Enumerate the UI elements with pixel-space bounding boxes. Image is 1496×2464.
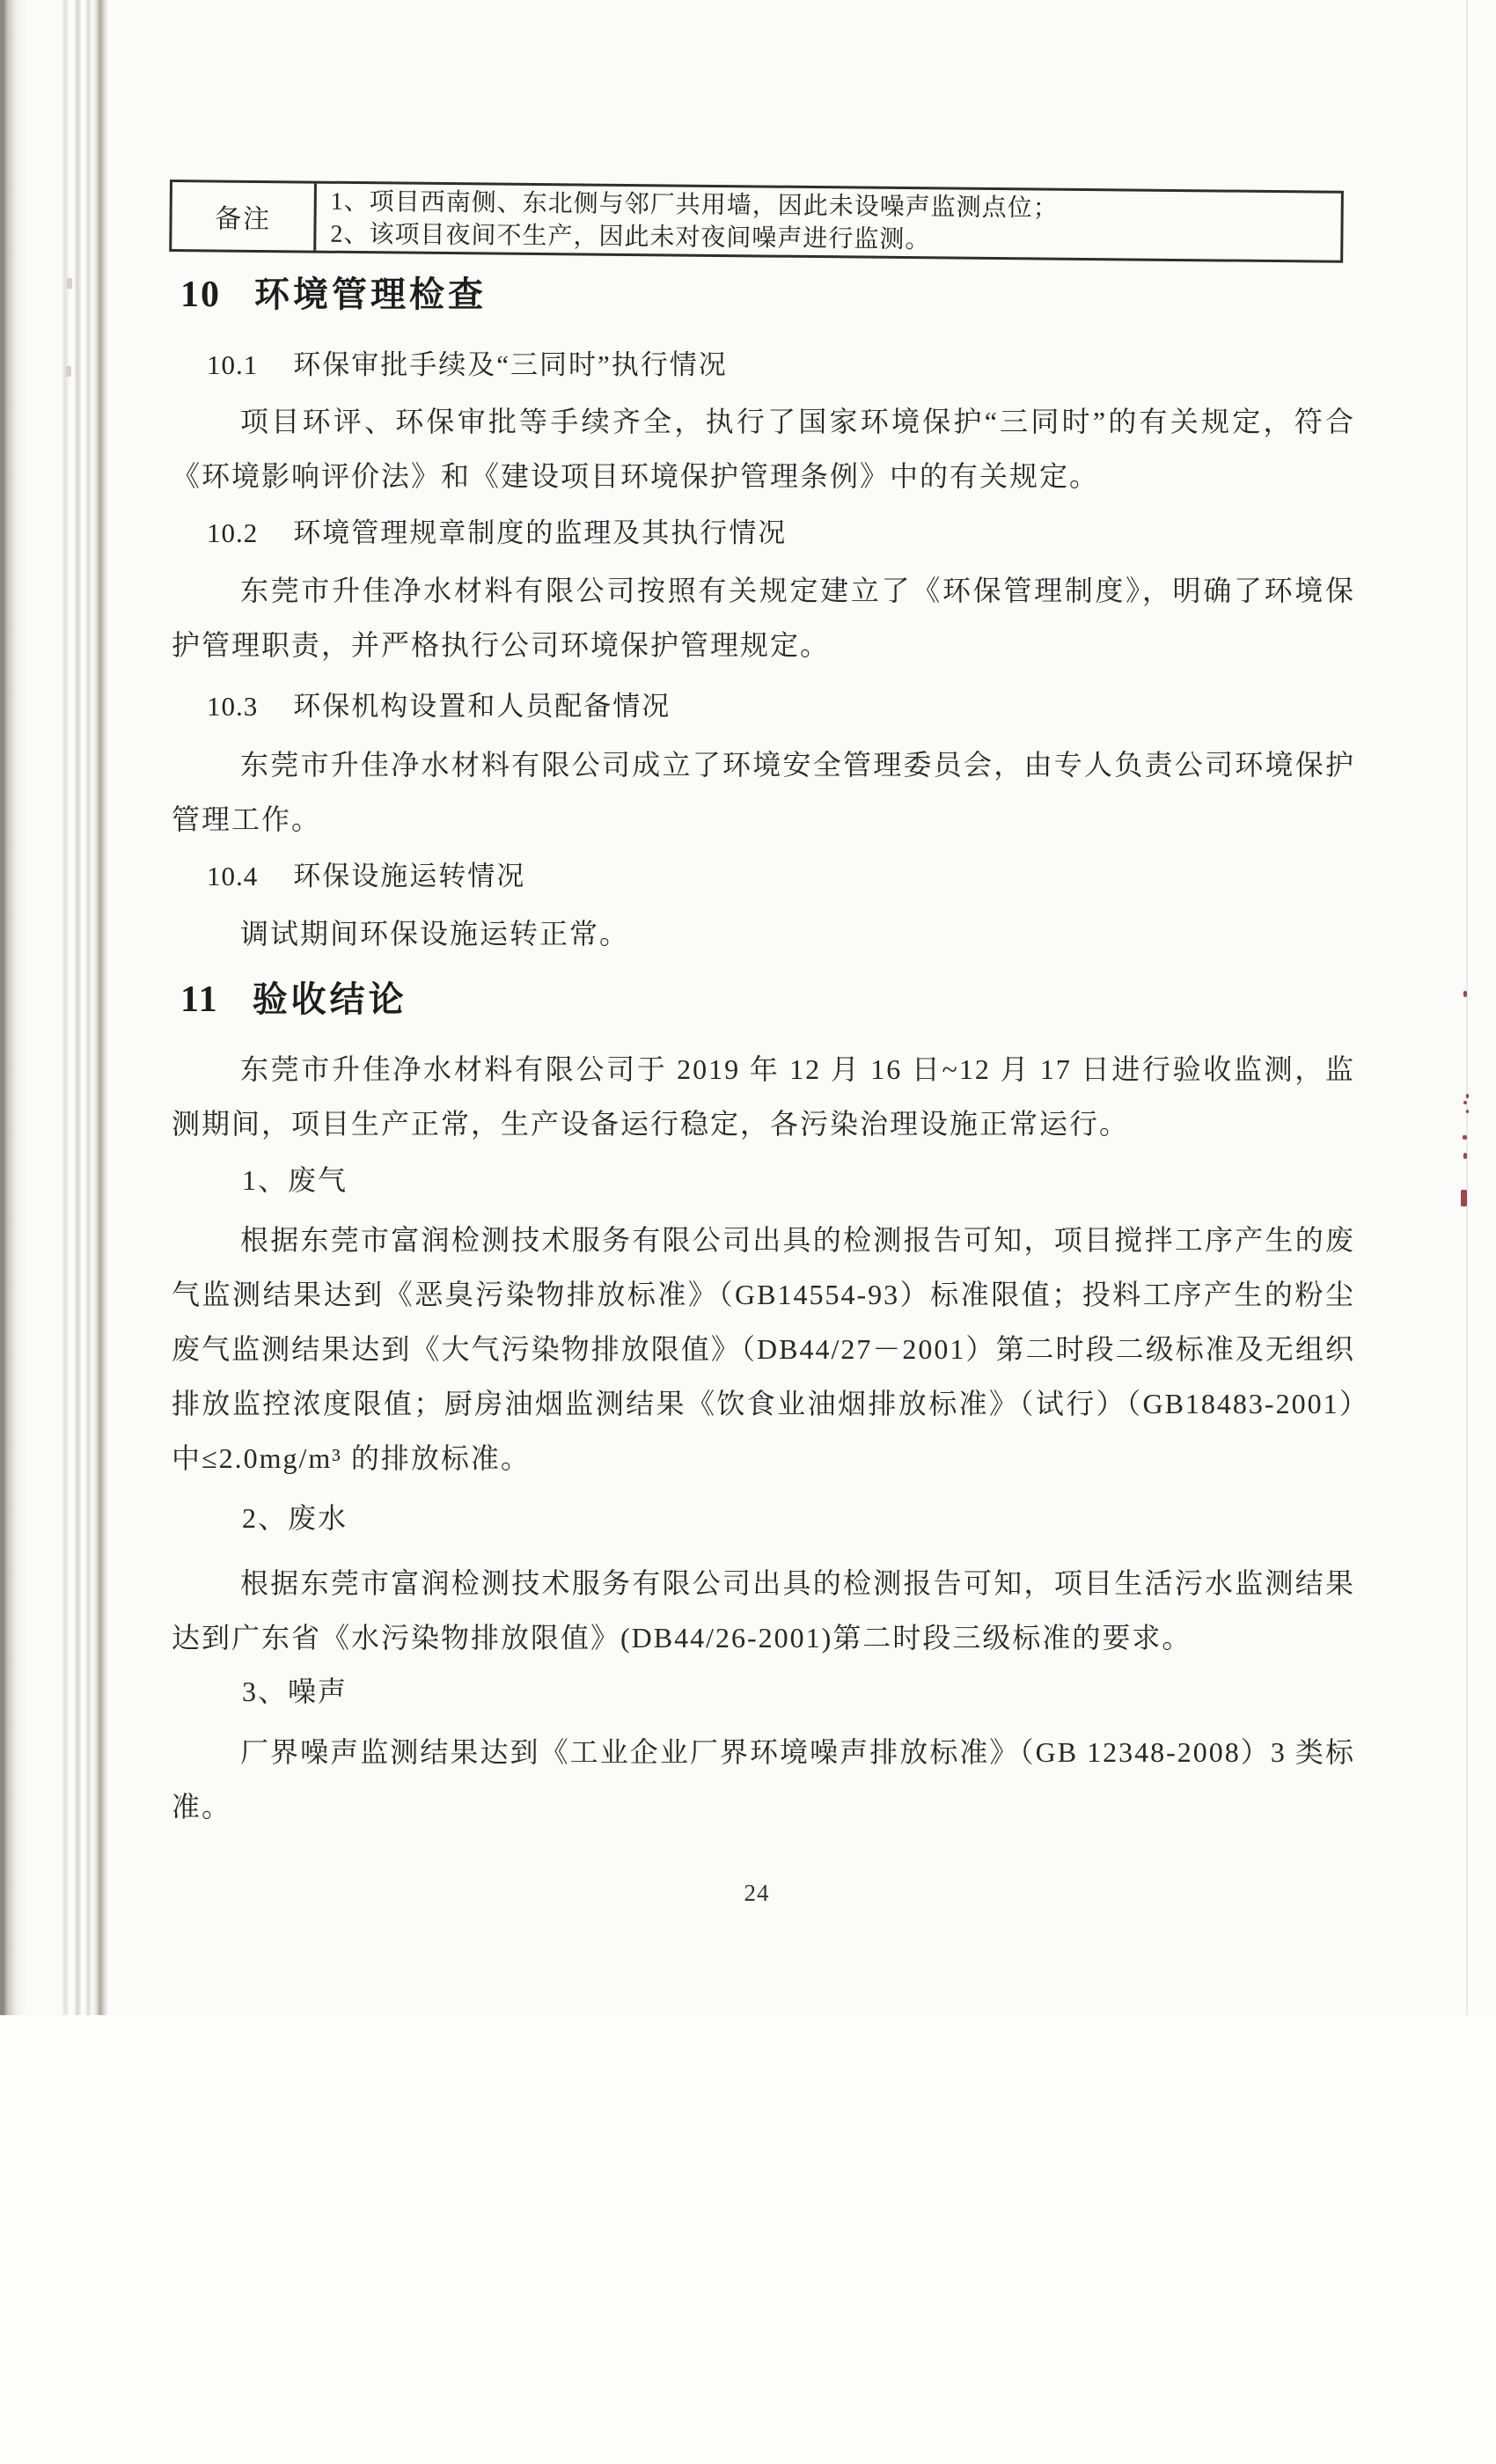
- chapter-11-intro: 东莞市升佳净水材料有限公司于 2019 年 12 月 16 日~12 月 17 …: [172, 1042, 1355, 1151]
- item-3-noise-label: 3、噪声: [242, 1669, 348, 1710]
- ink-speck: [1463, 1101, 1467, 1104]
- scanned-document-page: 备注 1、项目西南侧、东北侧与邻厂共用墙，因此未设噪声监测点位； 2、该项目夜间…: [0, 0, 1496, 2015]
- remark-table: 备注 1、项目西南侧、东北侧与邻厂共用墙，因此未设噪声监测点位； 2、该项目夜间…: [169, 180, 1344, 263]
- section-10-2-title: 环境管理规章制度的监理及其执行情况: [293, 517, 787, 548]
- remark-label: 备注: [215, 196, 271, 236]
- remark-table-content-cell: 1、项目西南侧、东北侧与邻厂共用墙，因此未设噪声监测点位； 2、该项目夜间不生产…: [316, 184, 1341, 260]
- binding-nub: [66, 366, 71, 377]
- ink-speck: [1466, 1110, 1469, 1113]
- section-10-1-body: 项目环评、环保审批等手续齐全，执行了国家环境保护“三同时”的有关规定，符合《环境…: [172, 394, 1355, 503]
- item-3-noise-body: 厂界噪声监测结果达到《工业企业厂界环境噪声排放标准》（GB 12348-2008…: [172, 1725, 1355, 1834]
- section-10-4-heading: 10.4环保设施运转情况: [207, 854, 525, 893]
- section-10-1-title: 环保审批手续及“三同时”执行情况: [293, 349, 728, 380]
- chapter-11-title: 验收结论: [253, 979, 407, 1019]
- chapter-10-heading: 10环境管理检查: [180, 267, 487, 317]
- section-10-2-number: 10.2: [207, 517, 258, 548]
- page-number: 24: [170, 1880, 1344, 1907]
- chapter-10-title: 环境管理检查: [254, 275, 487, 314]
- section-10-3-body: 东莞市升佳净水材料有限公司成立了环境安全管理委员会，由专人负责公司环境保护管理工…: [172, 737, 1355, 847]
- page-edge-line-right: [1466, 0, 1468, 2015]
- chapter-11-number: 11: [180, 979, 219, 1020]
- section-10-3-title: 环保机构设置和人员配备情况: [293, 691, 671, 722]
- section-10-4-title: 环保设施运转情况: [293, 861, 525, 891]
- binding-edge-stripes: [0, 0, 114, 2015]
- remark-table-label-cell: 备注: [172, 182, 317, 251]
- ink-speck: [1463, 1153, 1467, 1159]
- item-1-waste-gas-label: 1、废气: [242, 1158, 348, 1199]
- chapter-10-number: 10: [180, 275, 221, 315]
- ink-speck: [1466, 1094, 1469, 1098]
- item-2-waste-water-body: 根据东莞市富润检测技术服务有限公司出具的检测报告可知，项目生活污水监测结果达到广…: [172, 1556, 1355, 1665]
- section-10-2-heading: 10.2环境管理规章制度的监理及其执行情况: [207, 510, 787, 550]
- section-10-4-number: 10.4: [207, 861, 258, 891]
- ink-speck: [1461, 1190, 1467, 1206]
- section-10-1-heading: 10.1环保审批手续及“三同时”执行情况: [207, 342, 728, 382]
- ink-speck: [1463, 991, 1467, 997]
- chapter-11-heading: 11验收结论: [180, 972, 407, 1022]
- item-2-waste-water-label: 2、废水: [242, 1496, 348, 1536]
- section-10-2-body: 东莞市升佳净水材料有限公司按照有关规定建立了《环保管理制度》，明确了环境保护管理…: [172, 563, 1355, 672]
- binding-nub: [67, 278, 72, 289]
- section-10-3-heading: 10.3环保机构设置和人员配备情况: [207, 684, 671, 723]
- section-10-4-body: 调试期间环保设施运转正常。: [172, 906, 1355, 961]
- item-1-waste-gas-body: 根据东莞市富润检测技术服务有限公司出具的检测报告可知，项目搅拌工序产生的废气监测…: [172, 1213, 1355, 1485]
- section-10-1-number: 10.1: [207, 349, 258, 380]
- section-10-3-number: 10.3: [207, 691, 258, 722]
- ink-speck: [1463, 1135, 1467, 1140]
